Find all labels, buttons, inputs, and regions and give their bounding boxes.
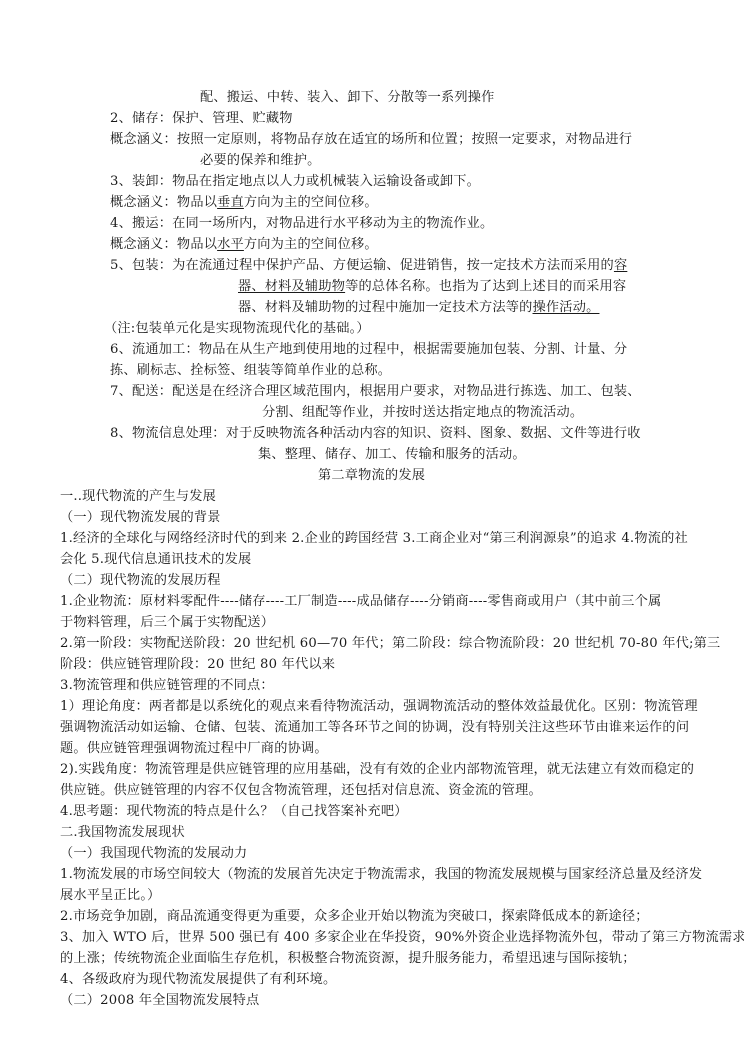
text-line: 6、流通加工：物品在从生产地到使用地的过程中，根据需要施加包装、分割、计量、分 [110,341,627,359]
text-span: 方向为主的空间位移。 [244,237,378,252]
text-line: 3.物流管理和供应链管理的不同点： [60,677,274,695]
underlined-term: 容 [614,258,627,273]
text-line: 概念涵义：物品以水平方向为主的空间位移。 [110,236,378,254]
text-line: 供应链。供应链管理的内容不仅包含物流管理，还包括对信息流、资金流的管理。 [60,782,542,800]
text-line: 展水平呈正比。） [60,887,161,905]
text-line: 3、加入 WTO 后，世界 500 强已有 400 多家企业在华投资，90%外资… [60,929,744,947]
subsection-heading: （一）我国现代物流的发展动力 [60,845,247,863]
text-line: 概念涵义：物品以垂直方向为主的空间位移。 [110,194,378,212]
text-span: 5、包装：为在流通过程中保护产品、方便运输、促进销售，按一定技术方法而采用的 [110,258,614,273]
text-line: 的上涨；传统物流企业面临生存危机，积极整合物流资源，提升服务能力，希望迅速与国际… [60,950,636,968]
section-heading: 一..现代物流的产生与发展 [60,488,216,506]
text-line: 题。供应链管理强调物流过程中厂商的协调。 [60,740,328,758]
underlined-term: 水平 [217,237,244,252]
chapter-title: 第二章物流的发展 [318,467,425,485]
underlined-term: 操作活动。 [533,300,600,315]
text-span: 方向为主的空间位移。 [244,195,378,210]
text-line: 会化 5.现代信息通讯技术的发展 [60,551,251,569]
text-line: 分割、组配等作业，并按时送达指定地点的物流活动。 [262,404,583,422]
text-span: 器、材料及辅助物的过程中施加一定技术方法等的 [238,300,533,315]
text-line: 1.企业物流：原材料零配件----储存----工厂制造----成品储存----分… [60,593,661,611]
text-line: 5、包装：为在流通过程中保护产品、方便运输、促进销售，按一定技术方法而采用的容 [110,257,627,275]
subsection-heading: （一）现代物流发展的背景 [60,509,221,527]
text-line: 2.市场竞争加剧，商品流通变得更为重要，众多企业开始以物流为突破口，探索降低成本… [60,908,649,926]
subsection-heading: （二）2008 年全国物流发展特点 [60,992,259,1010]
text-line: 4、搬运：在同一场所内，对物品进行水平移动为主的物流作业。 [110,215,493,233]
text-line: 2.第一阶段：实物配送阶段：20 世纪机 60—70 年代；第二阶段：综合物流阶… [60,635,720,653]
text-line: 器、材料及辅助物的过程中施加一定技术方法等的操作活动。 [238,299,599,317]
text-line: 必要的保养和维护。 [200,152,321,170]
text-span: 概念涵义：物品以 [110,237,217,252]
text-span: 等的总体名称。也指为了达到上述目的而采用容 [345,279,626,294]
text-line: 2、储存：保护、管理、贮藏物 [110,110,293,128]
underlined-term: 器、材料及辅助物 [238,279,345,294]
text-line: 3、装卸：物品在指定地点以人力或机械装入运输设备或卸下。 [110,173,480,191]
section-heading: 二.我国物流发展现状 [60,824,185,842]
text-line: 1）理论角度：两者都是以系统化的观点来看待物流活动，强调物流活动的整体效益最优化… [60,698,698,716]
text-line: 配、搬运、中转、装入、卸下、分散等一系列操作 [200,89,495,107]
text-line: 1.经济的全球化与网络经济时代的到来 2.企业的跨国经营 3.工商企业对“第三利… [60,530,688,548]
text-line: 7、配送：配送是在经济合理区域范围内，根据用户要求，对物品进行拣选、加工、包装、 [110,383,641,401]
text-line: 4.思考题：现代物流的特点是什么？（自己找答案补充吧） [60,803,408,821]
text-line: 概念涵义：按照一定原则，将物品存放在适宜的场所和位置；按照一定要求，对物品进行 [110,131,632,149]
text-line: 集、整理、储存、加工、传输和服务的活动。 [258,446,526,464]
text-line: 8、物流信息处理：对于反映物流各种活动内容的知识、资料、图象、数据、文件等进行收 [110,425,641,443]
text-line: 器、材料及辅助物等的总体名称。也指为了达到上述目的而采用容 [238,278,626,296]
text-line: 1.物流发展的市场空间较大（物流的发展首先决定于物流需求，我国的物流发展规模与国… [60,866,702,884]
text-line: 拣、刷标志、拴标签、组装等简单作业的总称。 [110,362,391,380]
text-line: 4、各级政府为现代物流发展提供了有利环境。 [60,971,336,989]
text-line: 阶段：供应链管理阶段：20 世纪 80 年代以来 [60,656,335,674]
subsection-heading: （二）现代物流的发展历程 [60,572,221,590]
text-line: 强调物流活动如运输、仓储、包装、流通加工等各环节之间的协调，没有特别关注这些环节… [60,719,689,737]
underlined-term: 垂直 [217,195,244,210]
text-span: 概念涵义：物品以 [110,195,217,210]
text-line: 于物料管理，后三个属于实物配送） [60,614,274,632]
text-line: 2).实践角度：物流管理是供应链管理的应用基础，没有有效的企业内部物流管理，就无… [60,761,694,779]
note-line: （注:包装单元化是实现物流现代化的基础。） [104,320,370,338]
